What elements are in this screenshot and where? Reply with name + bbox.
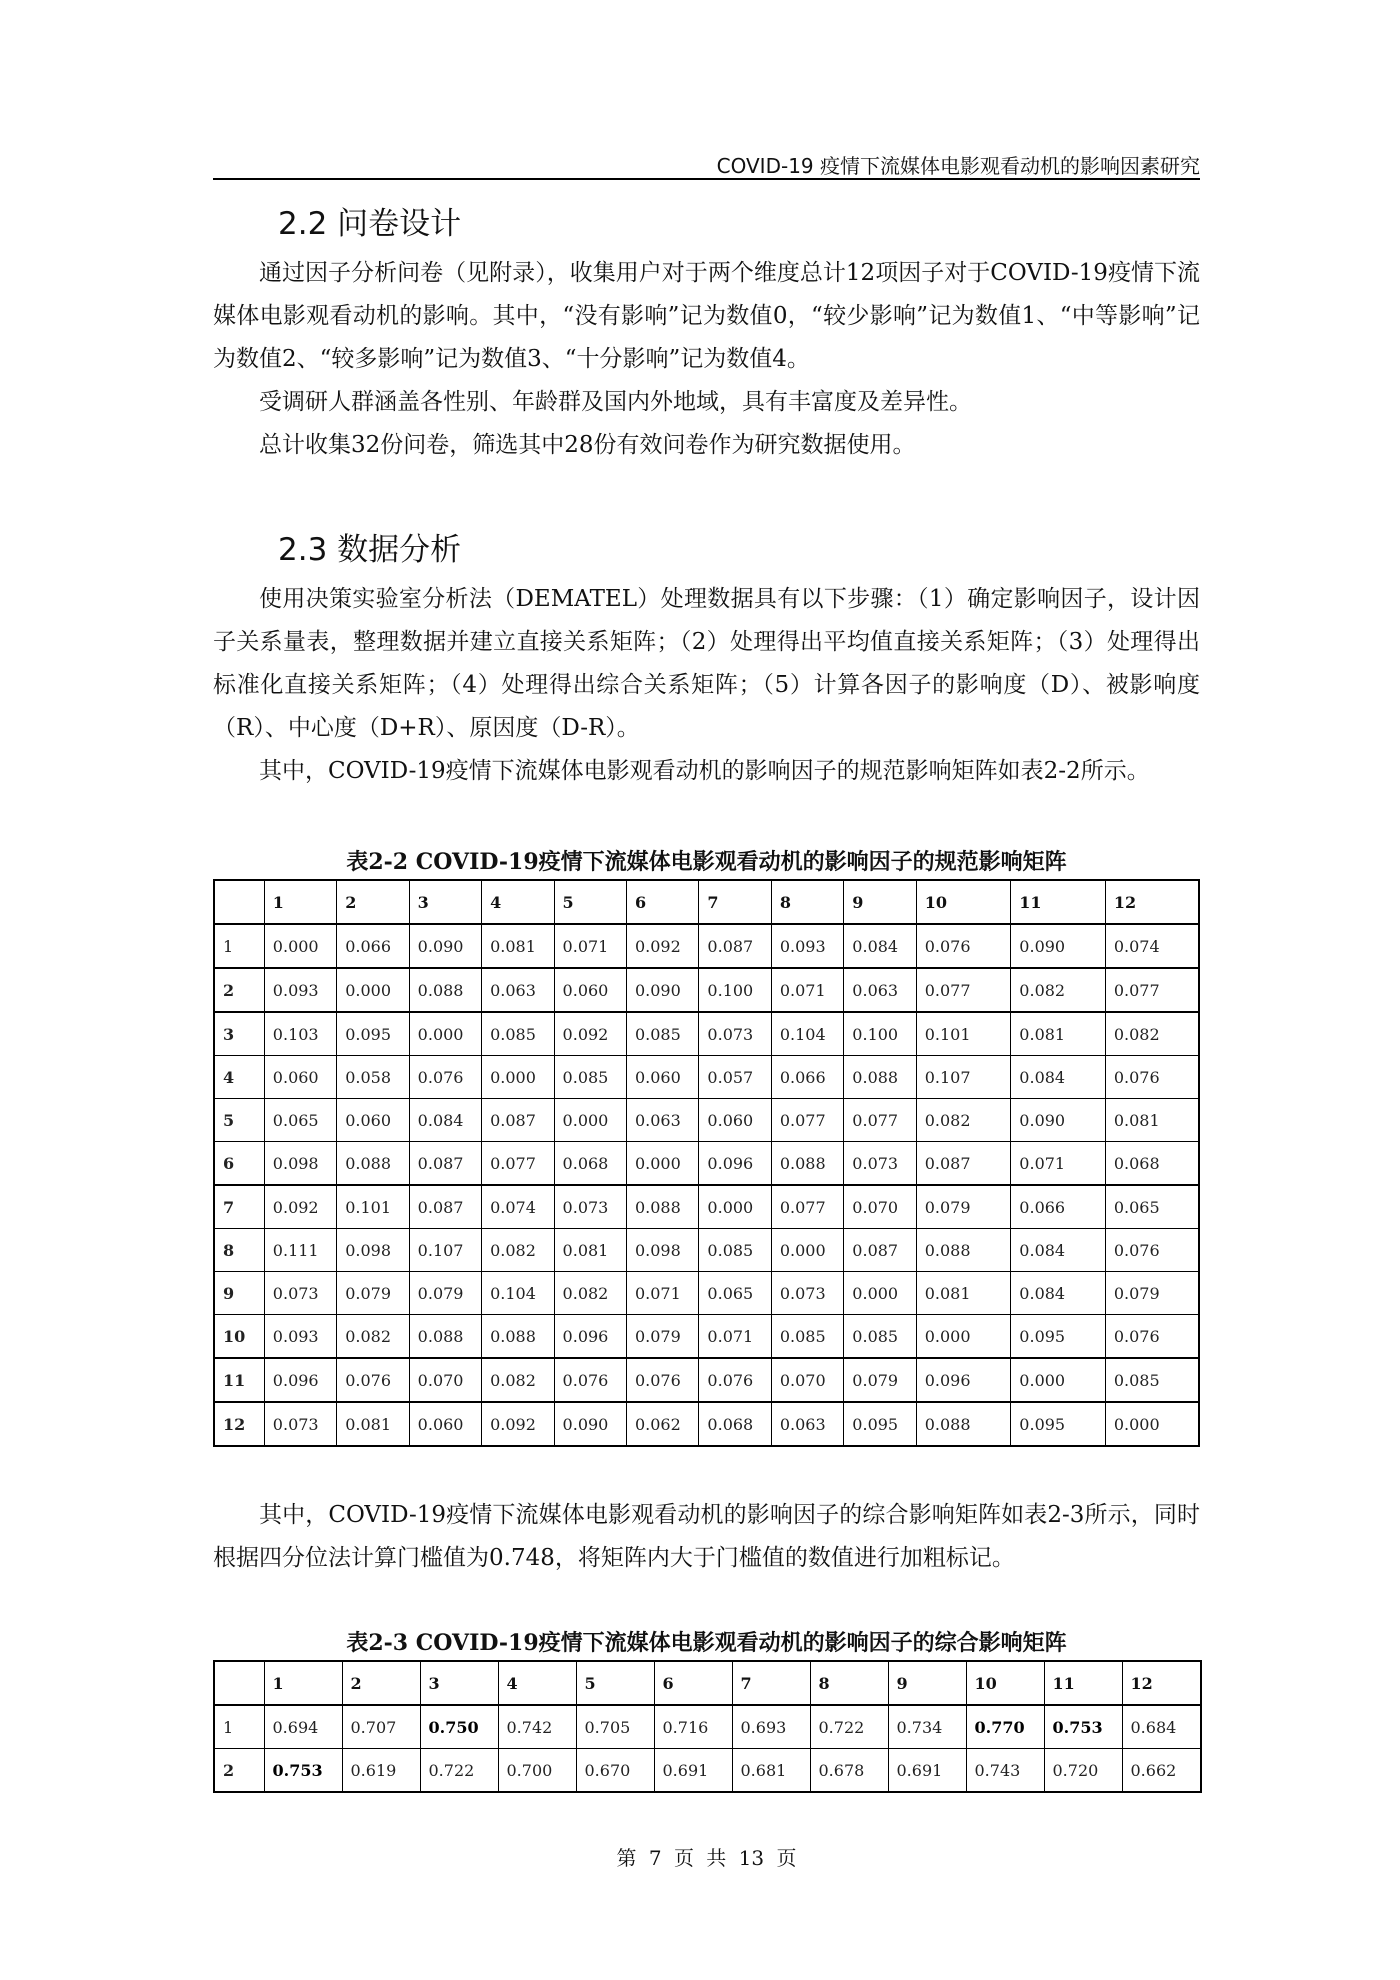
table-cell: 0.081 [482,924,554,968]
table-cell: 0.000 [337,968,409,1012]
column-header: 10 [966,1661,1044,1705]
paragraph-survey-description: 通过因子分析问卷（见附录），收集用户对于两个维度总计12项因子对于COVID-1… [213,252,1200,381]
table-cell: 0.000 [1105,1402,1199,1446]
table-cell: 0.088 [916,1402,1011,1446]
table-cell: 0.720 [1044,1749,1122,1793]
column-header: 3 [409,880,481,924]
table-row: 10.0000.0660.0900.0810.0710.0920.0870.09… [214,924,1199,968]
row-header: 6 [214,1142,264,1186]
table-cell: 0.081 [1011,1012,1106,1056]
table-cell: 0.088 [409,968,481,1012]
table-cell: 0.085 [699,1229,771,1272]
table-cell: 0.681 [732,1749,810,1793]
table-cell: 0.073 [264,1272,336,1315]
table-cell: 0.073 [554,1185,626,1229]
table-cell: 0.000 [482,1056,554,1099]
header-rule [213,178,1200,180]
column-header: 4 [498,1661,576,1705]
column-header: 7 [699,880,771,924]
table-cell: 0.070 [771,1358,843,1402]
table-cell: 0.722 [420,1749,498,1793]
table-cell: 0.096 [264,1358,336,1402]
table-cell: 0.100 [844,1012,916,1056]
table-cell: 0.000 [409,1012,481,1056]
table-cell: 0.076 [626,1358,698,1402]
table-cell: 0.074 [1105,924,1199,968]
table-cell: 0.068 [699,1402,771,1446]
table-cell: 0.684 [1122,1705,1201,1749]
table-cell: 0.082 [482,1229,554,1272]
table-cell: 0.077 [771,1099,843,1142]
row-header: 8 [214,1229,264,1272]
table-row: 10.6940.7070.7500.7420.7050.7160.6930.72… [214,1705,1201,1749]
table-cell: 0.095 [1011,1315,1106,1359]
table-cell: 0.076 [554,1358,626,1402]
table-cell: 0.101 [916,1012,1011,1056]
column-header: 4 [482,880,554,924]
table-cell: 0.722 [810,1705,888,1749]
table-cell: 0.101 [337,1185,409,1229]
table-cell: 0.066 [771,1056,843,1099]
column-header: 12 [1122,1661,1201,1705]
table-row: 20.0930.0000.0880.0630.0600.0900.1000.07… [214,968,1199,1012]
column-header: 11 [1011,880,1106,924]
table-cell: 0.111 [264,1229,336,1272]
table-header-row: 1 2 3 4 5 6 7 8 9 10 11 12 [214,880,1199,924]
table-cell: 0.079 [1105,1272,1199,1315]
row-header: 2 [214,968,264,1012]
table-cell: 0.077 [771,1185,843,1229]
table-row: 50.0650.0600.0840.0870.0000.0630.0600.07… [214,1099,1199,1142]
table-cell: 0.090 [554,1402,626,1446]
table-cell: 0.095 [844,1402,916,1446]
column-header [214,880,264,924]
table-cell: 0.074 [482,1185,554,1229]
table-cell: 0.087 [844,1229,916,1272]
table-cell: 0.082 [337,1315,409,1359]
table-cell: 0.095 [1011,1402,1106,1446]
table-cell: 0.077 [1105,968,1199,1012]
table-cell: 0.104 [482,1272,554,1315]
table-cell: 0.092 [264,1185,336,1229]
table-cell: 0.076 [337,1358,409,1402]
column-header: 5 [554,880,626,924]
table-cell: 0.060 [626,1056,698,1099]
table-cell: 0.082 [482,1358,554,1402]
table-cell: 0.087 [482,1099,554,1142]
table-row: 110.0960.0760.0700.0820.0760.0760.0760.0… [214,1358,1199,1402]
table-cell: 0.073 [771,1272,843,1315]
column-header: 8 [810,1661,888,1705]
column-header: 9 [888,1661,966,1705]
table-cell: 0.000 [554,1099,626,1142]
table-cell: 0.093 [771,924,843,968]
table-cell: 0.092 [626,924,698,968]
table-cell: 0.100 [699,968,771,1012]
table-cell: 0.088 [916,1229,1011,1272]
table-cell: 0.076 [916,924,1011,968]
table-row: 120.0730.0810.0600.0920.0900.0620.0680.0… [214,1402,1199,1446]
table-cell: 0.095 [337,1012,409,1056]
table-cell: 0.060 [699,1099,771,1142]
table-row: 90.0730.0790.0790.1040.0820.0710.0650.07… [214,1272,1199,1315]
row-header: 9 [214,1272,264,1315]
table-cell: 0.691 [654,1749,732,1793]
table-cell: 0.081 [554,1229,626,1272]
column-header: 10 [916,880,1011,924]
table-row: 100.0930.0820.0880.0880.0960.0790.0710.0… [214,1315,1199,1359]
column-header [214,1661,264,1705]
table-cell: 0.088 [844,1056,916,1099]
table-cell: 0.070 [844,1185,916,1229]
table-cell: 0.088 [409,1315,481,1359]
table-cell: 0.063 [771,1402,843,1446]
column-header: 3 [420,1661,498,1705]
table-cell: 0.084 [409,1099,481,1142]
table-cell: 0.081 [916,1272,1011,1315]
table-cell: 0.085 [482,1012,554,1056]
table-cell: 0.076 [409,1056,481,1099]
table-cell: 0.070 [409,1358,481,1402]
table-cell: 0.734 [888,1705,966,1749]
table-comprehensive-influence-matrix: 1 2 3 4 5 6 7 8 9 10 11 12 10.6940.7070.… [213,1660,1202,1793]
table-cell: 0.077 [916,968,1011,1012]
table-cell: 0.065 [699,1272,771,1315]
table-cell: 0.087 [409,1185,481,1229]
table-row: 80.1110.0980.1070.0820.0810.0980.0850.00… [214,1229,1199,1272]
row-header: 12 [214,1402,264,1446]
table-cell: 0.090 [1011,924,1106,968]
table-cell: 0.063 [482,968,554,1012]
table-cell: 0.071 [699,1315,771,1359]
table-cell: 0.082 [1105,1012,1199,1056]
table-cell: 0.060 [264,1056,336,1099]
row-header: 1 [214,924,264,968]
table-cell: 0.077 [844,1099,916,1142]
table-cell: 0.107 [916,1056,1011,1099]
table-row: 70.0920.1010.0870.0740.0730.0880.0000.07… [214,1185,1199,1229]
table-cell: 0.753 [264,1749,342,1793]
table-cell: 0.073 [264,1402,336,1446]
table-cell: 0.096 [916,1358,1011,1402]
table-cell: 0.058 [337,1056,409,1099]
table-cell: 0.753 [1044,1705,1122,1749]
table-cell: 0.090 [626,968,698,1012]
table-row: 30.1030.0950.0000.0850.0920.0850.0730.10… [214,1012,1199,1056]
table-row: 20.7530.6190.7220.7000.6700.6910.6810.67… [214,1749,1201,1793]
table-cell: 0.063 [844,968,916,1012]
column-header: 1 [264,880,336,924]
table-cell: 0.000 [1011,1358,1106,1402]
running-header: COVID-19 疫情下流媒体电影观看动机的影响因素研究 [213,150,1200,179]
column-header: 8 [771,880,843,924]
table-cell: 0.076 [1105,1315,1199,1359]
column-header: 12 [1105,880,1199,924]
table-cell: 0.098 [337,1229,409,1272]
table-cell: 0.084 [1011,1056,1106,1099]
table-cell: 0.670 [576,1749,654,1793]
table-cell: 0.068 [1105,1142,1199,1186]
table-cell: 0.742 [498,1705,576,1749]
table-cell: 0.000 [771,1229,843,1272]
table-2-2-caption: 表2-2 COVID-19疫情下流媒体电影观看动机的影响因子的规范影响矩阵 [213,845,1200,876]
table-cell: 0.084 [1011,1272,1106,1315]
table-cell: 0.079 [337,1272,409,1315]
table-cell: 0.088 [337,1142,409,1186]
table-cell: 0.076 [699,1358,771,1402]
row-header: 11 [214,1358,264,1402]
table-row: 40.0600.0580.0760.0000.0850.0600.0570.06… [214,1056,1199,1099]
table-cell: 0.088 [626,1185,698,1229]
table-cell: 0.104 [771,1012,843,1056]
table-cell: 0.090 [1011,1099,1106,1142]
row-header: 2 [214,1749,264,1793]
table-cell: 0.694 [264,1705,342,1749]
table-cell: 0.085 [771,1315,843,1359]
table-cell: 0.060 [409,1402,481,1446]
table-cell: 0.087 [916,1142,1011,1186]
table-cell: 0.082 [916,1099,1011,1142]
table-cell: 0.060 [337,1099,409,1142]
table-cell: 0.103 [264,1012,336,1056]
table-cell: 0.073 [699,1012,771,1056]
row-header: 3 [214,1012,264,1056]
column-header: 2 [337,880,409,924]
table-cell: 0.084 [1011,1229,1106,1272]
table-cell: 0.093 [264,968,336,1012]
row-header: 1 [214,1705,264,1749]
page-footer: 第 7 页 共 13 页 [213,1842,1200,1871]
table-cell: 0.700 [498,1749,576,1793]
paragraph-table-2-3-intro: 其中，COVID-19疫情下流媒体电影观看动机的影响因子的综合影响矩阵如表2-3… [213,1494,1200,1580]
row-header: 10 [214,1315,264,1359]
table-cell: 0.743 [966,1749,1044,1793]
table-cell: 0.082 [1011,968,1106,1012]
table-cell: 0.098 [264,1142,336,1186]
section-heading-2-2: 2.2 问卷设计 [278,198,461,243]
column-header: 2 [342,1661,420,1705]
paragraph-table-2-2-intro: 其中，COVID-19疫情下流媒体电影观看动机的影响因子的规范影响矩阵如表2-2… [213,750,1200,793]
table-cell: 0.076 [1105,1229,1199,1272]
table-cell: 0.079 [916,1185,1011,1229]
table-cell: 0.096 [699,1142,771,1186]
table-cell: 0.062 [626,1402,698,1446]
table-cell: 0.068 [554,1142,626,1186]
table-cell: 0.071 [1011,1142,1106,1186]
table-cell: 0.057 [699,1056,771,1099]
table-cell: 0.076 [1105,1056,1199,1099]
table-cell: 0.085 [1105,1358,1199,1402]
table-cell: 0.065 [1105,1185,1199,1229]
table-cell: 0.081 [337,1402,409,1446]
table-cell: 0.678 [810,1749,888,1793]
column-header: 6 [626,880,698,924]
table-cell: 0.063 [626,1099,698,1142]
table-cell: 0.088 [482,1315,554,1359]
table-cell: 0.079 [844,1358,916,1402]
column-header: 5 [576,1661,654,1705]
table-cell: 0.084 [844,924,916,968]
table-cell: 0.000 [916,1315,1011,1359]
table-header-row: 1 2 3 4 5 6 7 8 9 10 11 12 [214,1661,1201,1705]
table-cell: 0.707 [342,1705,420,1749]
row-header: 7 [214,1185,264,1229]
table-cell: 0.662 [1122,1749,1201,1793]
table-cell: 0.071 [626,1272,698,1315]
column-header: 1 [264,1661,342,1705]
table-cell: 0.065 [264,1099,336,1142]
table-cell: 0.079 [409,1272,481,1315]
paragraph-respondents: 受调研人群涵盖各性别、年龄群及国内外地域，具有丰富度及差异性。 [213,381,1200,424]
table-row: 60.0980.0880.0870.0770.0680.0000.0960.08… [214,1142,1199,1186]
table-cell: 0.082 [554,1272,626,1315]
table-cell: 0.096 [554,1315,626,1359]
table-cell: 0.107 [409,1229,481,1272]
table-cell: 0.000 [626,1142,698,1186]
table-cell: 0.066 [1011,1185,1106,1229]
table-cell: 0.691 [888,1749,966,1793]
table-cell: 0.088 [771,1142,843,1186]
table-cell: 0.087 [409,1142,481,1186]
table-cell: 0.060 [554,968,626,1012]
table-cell: 0.619 [342,1749,420,1793]
column-header: 7 [732,1661,810,1705]
document-page: COVID-19 疫情下流媒体电影观看动机的影响因素研究 2.2 问卷设计 通过… [0,0,1400,1980]
column-header: 9 [844,880,916,924]
table-cell: 0.071 [554,924,626,968]
table-cell: 0.098 [626,1229,698,1272]
table-cell: 0.705 [576,1705,654,1749]
table-cell: 0.093 [264,1315,336,1359]
table-cell: 0.077 [482,1142,554,1186]
table-2-3-caption: 表2-3 COVID-19疫情下流媒体电影观看动机的影响因子的综合影响矩阵 [213,1626,1200,1657]
row-header: 4 [214,1056,264,1099]
table-cell: 0.085 [626,1012,698,1056]
table-cell: 0.079 [626,1315,698,1359]
table-cell: 0.081 [1105,1099,1199,1142]
table-cell: 0.092 [554,1012,626,1056]
table-cell: 0.092 [482,1402,554,1446]
table-cell: 0.066 [337,924,409,968]
table-cell: 0.000 [264,924,336,968]
table-cell: 0.000 [699,1185,771,1229]
row-header: 5 [214,1099,264,1142]
table-cell: 0.085 [554,1056,626,1099]
table-cell: 0.073 [844,1142,916,1186]
table-cell: 0.750 [420,1705,498,1749]
table-normalized-influence-matrix: 1 2 3 4 5 6 7 8 9 10 11 12 10.0000.0660.… [213,879,1200,1447]
table-cell: 0.693 [732,1705,810,1749]
paragraph-dematel-steps: 使用决策实验室分析法（DEMATEL）处理数据具有以下步骤：（1）确定影响因子，… [213,578,1200,750]
table-cell: 0.090 [409,924,481,968]
table-cell: 0.087 [699,924,771,968]
section-heading-2-3: 2.3 数据分析 [278,524,461,569]
table-cell: 0.716 [654,1705,732,1749]
column-header: 11 [1044,1661,1122,1705]
paragraph-sample-size: 总计收集32份问卷，筛选其中28份有效问卷作为研究数据使用。 [213,424,1200,467]
column-header: 6 [654,1661,732,1705]
table-cell: 0.071 [771,968,843,1012]
table-cell: 0.085 [844,1315,916,1359]
table-cell: 0.770 [966,1705,1044,1749]
table-cell: 0.000 [844,1272,916,1315]
